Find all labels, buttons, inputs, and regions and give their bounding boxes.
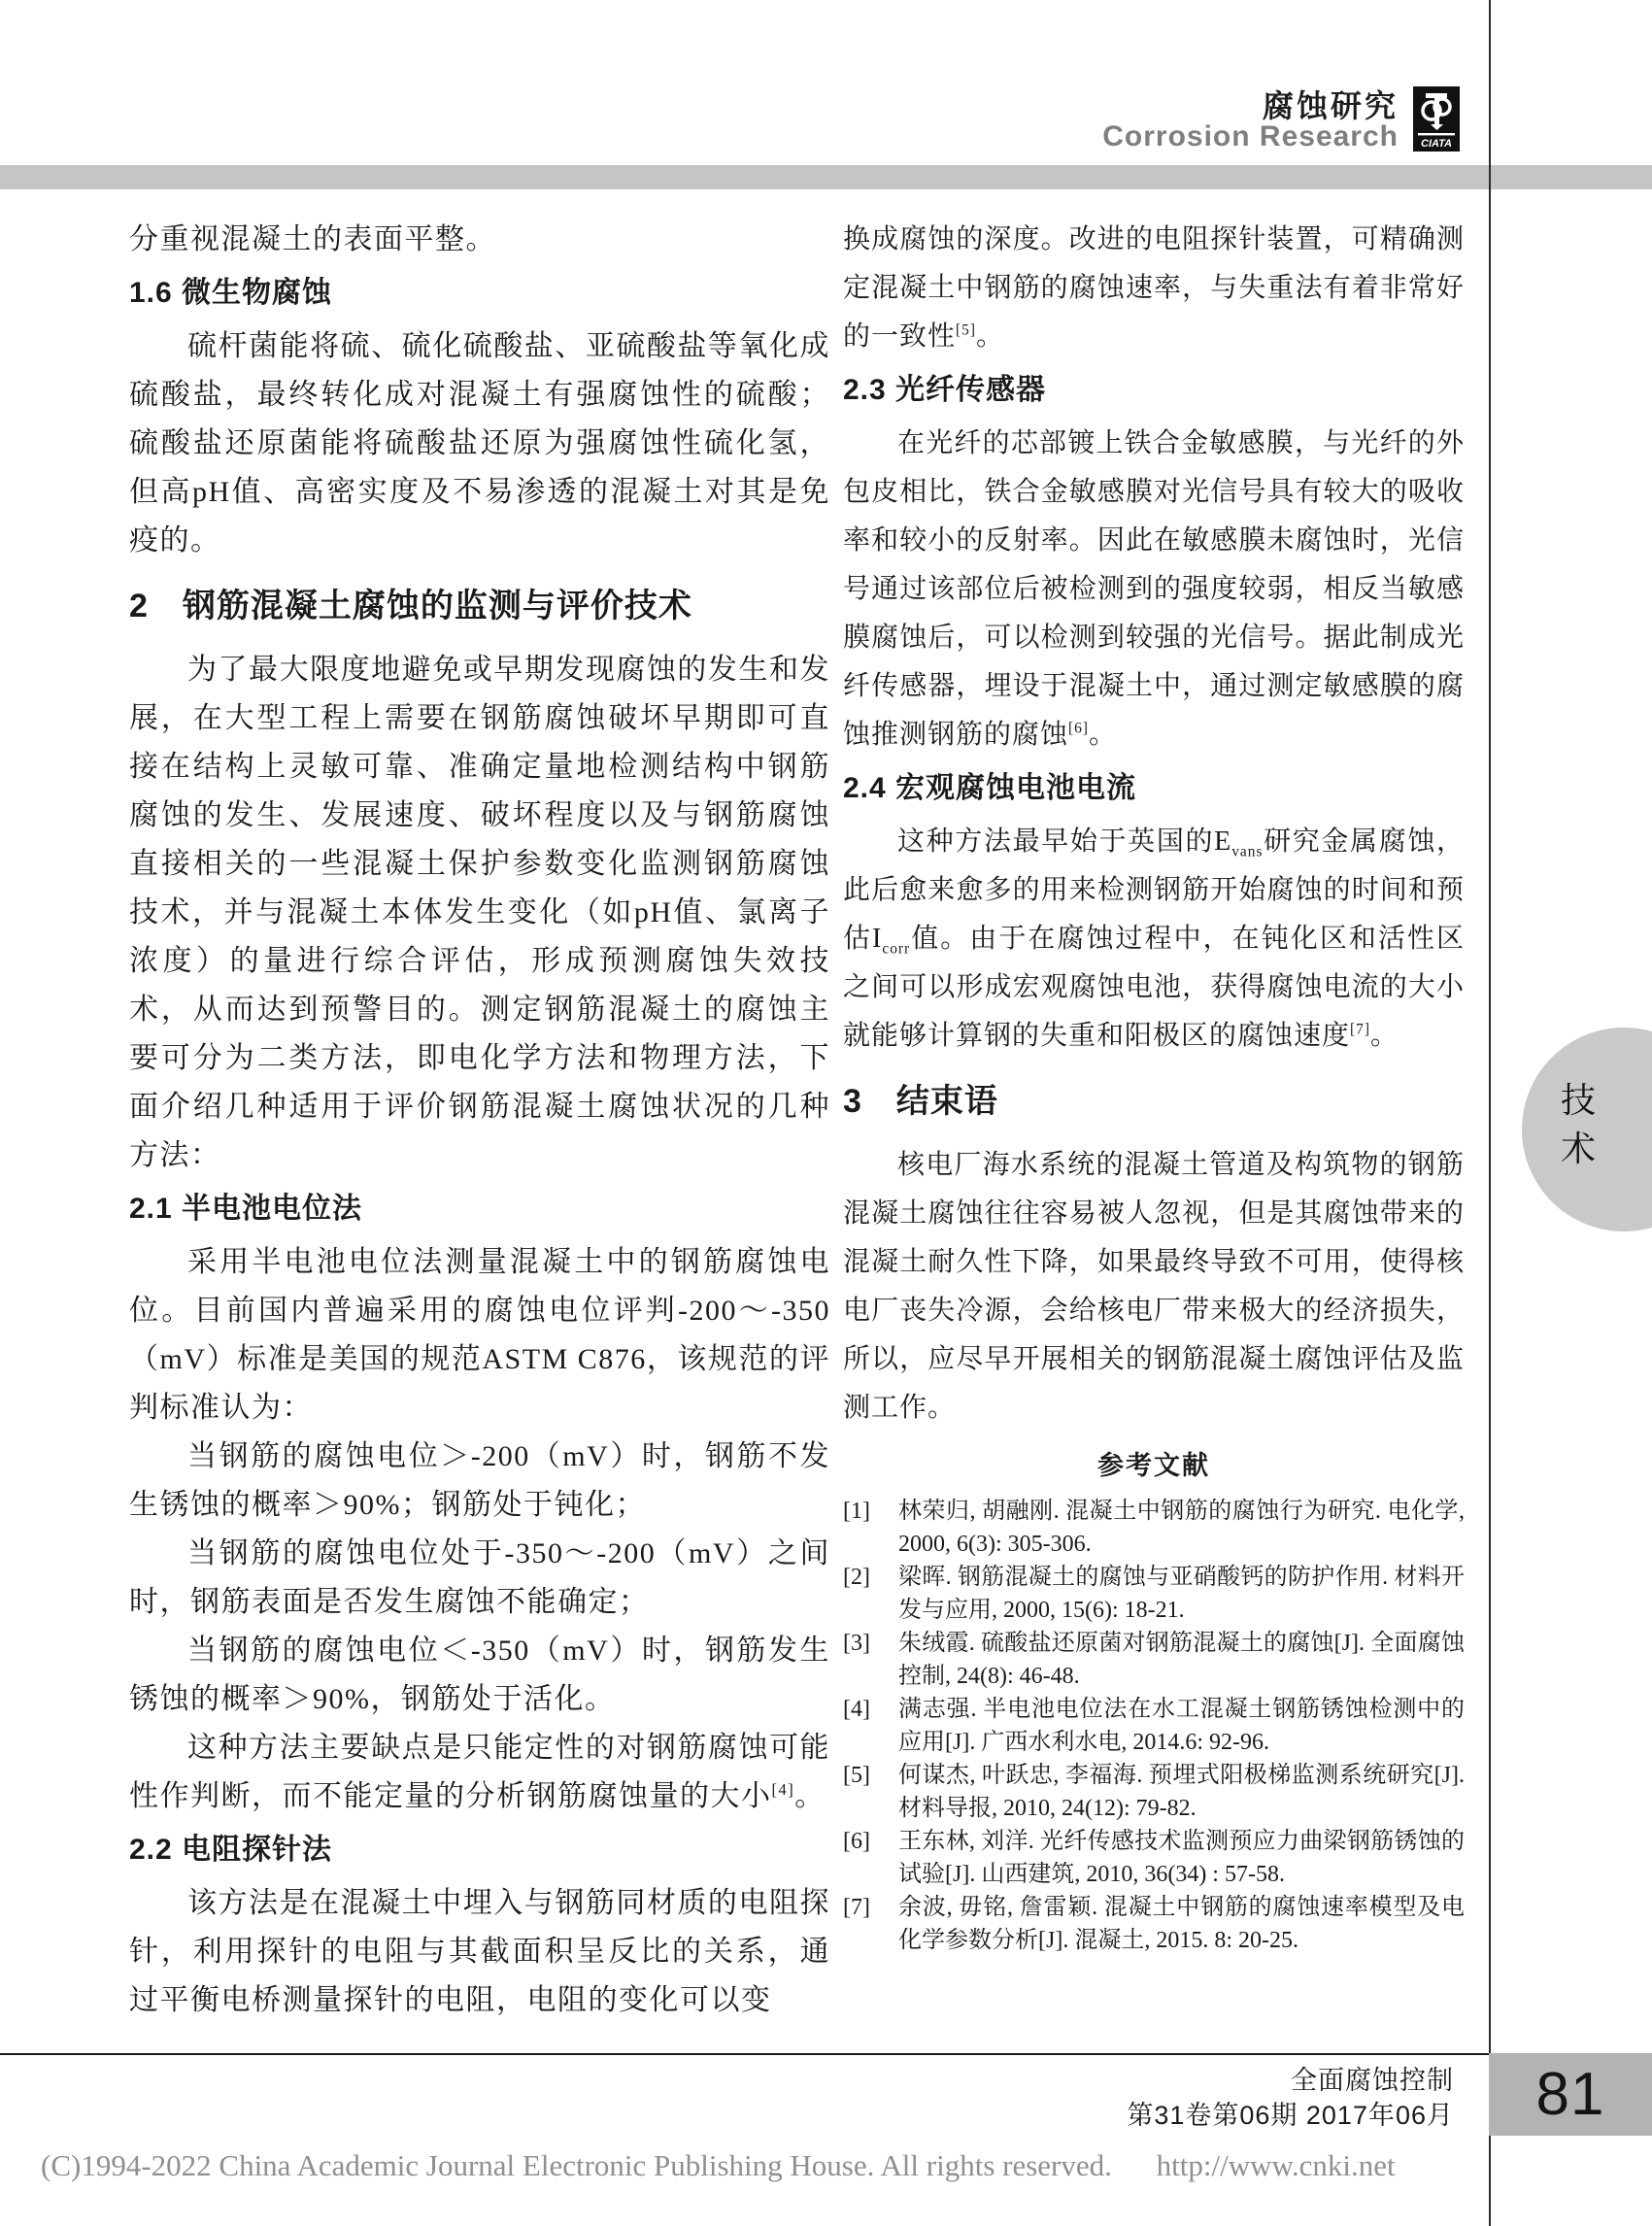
body-paragraph: 在光纤的芯部镀上铁合金敏感膜，与光纤的外包皮相比，铁合金敏感膜对光信号具有较大的… bbox=[843, 420, 1465, 759]
footer-journal-name: 全面腐蚀控制 bbox=[1127, 2063, 1454, 2098]
body-paragraph: 当钢筋的腐蚀电位＞-200（mV）时，钢筋不发生锈蚀的概率＞90%；钢筋处于钝化… bbox=[129, 1433, 830, 1530]
reference-number: [5] bbox=[843, 1759, 870, 1792]
footer-journal-info: 全面腐蚀控制 第31卷第06期 2017年06月 bbox=[1127, 2063, 1454, 2133]
body-paragraph: 采用半电池电位法测量混凝土中的钢筋腐蚀电位。目前国内普遍采用的腐蚀电位评判-20… bbox=[129, 1238, 830, 1433]
footer-rule bbox=[0, 2053, 1652, 2055]
text-run: 在光纤的芯部镀上铁合金敏感膜，与光纤的外包皮相比，铁合金敏感膜对光信号具有较大的… bbox=[843, 428, 1465, 750]
side-tab-circle: 技 术 bbox=[1522, 1028, 1652, 1231]
reference-item: [3]朱绒霞. 硫酸盐还原菌对钢筋混凝土的腐蚀[J]. 全面腐蚀控制, 24(8… bbox=[843, 1627, 1465, 1693]
reference-number: [4] bbox=[843, 1693, 870, 1726]
body-paragraph: 该方法是在混凝土中埋入与钢筋同材质的电阻探针，利用探针的电阻与其截面积呈反比的关… bbox=[129, 1879, 830, 2025]
cnki-url: http://www.cnki.net bbox=[1157, 2148, 1396, 2182]
journal-page: { "header": { "journal_cn": "腐蚀研究", "jou… bbox=[0, 0, 1652, 2226]
reference-number: [6] bbox=[843, 1825, 870, 1858]
reference-number: [7] bbox=[843, 1891, 870, 1924]
ciata-logo-text: CIATA bbox=[1421, 138, 1452, 150]
subsection-heading: 2.4 宏观腐蚀电池电流 bbox=[843, 764, 1465, 813]
body-paragraph: 当钢筋的腐蚀电位＜-350（mV）时，钢筋发生锈蚀的概率＞90%，钢筋处于活化。 bbox=[129, 1627, 830, 1724]
citation-superscript: [4] bbox=[772, 1780, 795, 1799]
body-paragraph: 硫杆菌能将硫、硫化硫酸盐、亚硫酸盐等氧化成硫酸盐，最终转化成对混凝土有强腐蚀性的… bbox=[129, 322, 830, 565]
reference-item: [6]王东林, 刘洋. 光纤传感技术监测预应力曲梁钢筋锈蚀的试验[J]. 山西建… bbox=[843, 1825, 1465, 1891]
references-title: 参考文献 bbox=[843, 1446, 1465, 1485]
body-paragraph: 换成腐蚀的深度。改进的电阻探针装置，可精确测定混凝土中钢筋的腐蚀速率，与失重法有… bbox=[843, 216, 1465, 361]
reference-text: 梁晖. 钢筋混凝土的腐蚀与亚硝酸钙的防护作用. 材料开发与应用, 2000, 1… bbox=[898, 1565, 1465, 1623]
subscript-text: vans bbox=[1231, 844, 1263, 860]
reference-text: 满志强. 半电池电位法在水工混凝土钢筋锈蚀检测中的应用[J]. 广西水利水电, … bbox=[898, 1697, 1465, 1755]
reference-text: 何谋杰, 叶跃忠, 李福海. 预埋式阳极梯监测系统研究[J]. 材料导报, 20… bbox=[898, 1763, 1465, 1821]
reference-item: [5]何谋杰, 叶跃忠, 李福海. 预埋式阳极梯监测系统研究[J]. 材料导报,… bbox=[843, 1759, 1465, 1825]
ciata-logo: CIATA bbox=[1413, 86, 1460, 152]
reference-text: 朱绒霞. 硫酸盐还原菌对钢筋混凝土的腐蚀[J]. 全面腐蚀控制, 24(8): … bbox=[898, 1631, 1465, 1689]
subscript-text: corr bbox=[882, 941, 910, 958]
reference-number: [2] bbox=[843, 1561, 870, 1594]
header-divider-bar bbox=[0, 165, 1652, 189]
copyright-text: (C)1994-2022 China Academic Journal Elec… bbox=[41, 2148, 1112, 2182]
body-paragraph: 核电厂海水系统的混凝土管道及构筑物的钢筋混凝土腐蚀往往容易被人忽视，但是其腐蚀带… bbox=[843, 1141, 1465, 1433]
footer-issue-info: 第31卷第06期 2017年06月 bbox=[1127, 2098, 1454, 2133]
text-run: 。 bbox=[1089, 720, 1117, 750]
left-column: 分重视混凝土的表面平整。1.6 微生物腐蚀硫杆菌能将硫、硫化硫酸盐、亚硫酸盐等氧… bbox=[129, 216, 830, 2025]
side-tab-label: 技 术 bbox=[1557, 1076, 1600, 1173]
reference-text: 王东林, 刘洋. 光纤传感技术监测预应力曲梁钢筋锈蚀的试验[J]. 山西建筑, … bbox=[898, 1829, 1465, 1887]
reference-number: [3] bbox=[843, 1627, 870, 1660]
subsection-heading: 2.1 半电池电位法 bbox=[129, 1185, 830, 1233]
subsection-heading: 1.6 微生物腐蚀 bbox=[129, 269, 830, 318]
reference-item: [1]林荣归, 胡融刚. 混凝土中钢筋的腐蚀行为研究. 电化学, 2000, 6… bbox=[843, 1495, 1465, 1561]
page-number: 81 bbox=[1536, 2060, 1605, 2129]
text-run: 。 bbox=[976, 321, 1004, 352]
text-run: 。 bbox=[1370, 1021, 1399, 1051]
body-paragraph: 分重视混凝土的表面平整。 bbox=[129, 216, 830, 264]
column-divider-line bbox=[1489, 0, 1491, 2226]
body-paragraph: 当钢筋的腐蚀电位处于-350～-200（mV）之间时，钢筋表面是否发生腐蚀不能确… bbox=[129, 1530, 830, 1627]
journal-title-en: Corrosion Research bbox=[1102, 120, 1399, 153]
subsection-heading: 2.3 光纤传感器 bbox=[843, 366, 1465, 415]
reference-number: [1] bbox=[843, 1495, 870, 1528]
reference-item: [2]梁晖. 钢筋混凝土的腐蚀与亚硝酸钙的防护作用. 材料开发与应用, 2000… bbox=[843, 1561, 1465, 1627]
page-number-box: 81 bbox=[1489, 2053, 1652, 2136]
reference-item: [4]满志强. 半电池电位法在水工混凝土钢筋锈蚀检测中的应用[J]. 广西水利水… bbox=[843, 1693, 1465, 1759]
reference-text: 林荣归, 胡融刚. 混凝土中钢筋的腐蚀行为研究. 电化学, 2000, 6(3)… bbox=[898, 1499, 1465, 1557]
ciata-logo-emblem: CIATA bbox=[1413, 86, 1460, 152]
copyright-notice: (C)1994-2022 China Academic Journal Elec… bbox=[41, 2148, 1396, 2183]
reference-item: [7]余波, 毋铭, 詹雷颖. 混凝土中钢筋的腐蚀速率模型及电化学参数分析[J]… bbox=[843, 1891, 1465, 1957]
section-heading: 3 结束语 bbox=[843, 1075, 1465, 1128]
reference-text: 余波, 毋铭, 詹雷颖. 混凝土中钢筋的腐蚀速率模型及电化学参数分析[J]. 混… bbox=[898, 1895, 1465, 1953]
body-paragraph: 为了最大限度地避免或早期发现腐蚀的发生和发展，在大型工程上需要在钢筋腐蚀破坏早期… bbox=[129, 646, 830, 1180]
subsection-heading: 2.2 电阻探针法 bbox=[129, 1826, 830, 1874]
body-paragraph: 这种方法最早始于英国的Evans研究金属腐蚀，此后愈来愈多的用来检测钢筋开始腐蚀… bbox=[843, 818, 1465, 1061]
citation-superscript: [7] bbox=[1350, 1022, 1370, 1038]
text-run: 换成腐蚀的深度。改进的电阻探针装置，可精确测定混凝土中钢筋的腐蚀速率，与失重法有… bbox=[843, 224, 1465, 352]
citation-superscript: [5] bbox=[956, 322, 976, 339]
right-column: 换成腐蚀的深度。改进的电阻探针装置，可精确测定混凝土中钢筋的腐蚀速率，与失重法有… bbox=[843, 216, 1465, 1957]
text-run: 这种方法最早始于英国的E bbox=[897, 826, 1231, 857]
citation-superscript: [6] bbox=[1068, 721, 1089, 737]
body-paragraph: 这种方法主要缺点是只能定性的对钢筋腐蚀可能性作判断，而不能定量的分析钢筋腐蚀量的… bbox=[129, 1724, 830, 1821]
section-heading: 2 钢筋混凝土腐蚀的监测与评价技术 bbox=[129, 580, 830, 632]
text-run: 这种方法主要缺点是只能定性的对钢筋腐蚀可能性作判断，而不能定量的分析钢筋腐蚀量的… bbox=[129, 1732, 830, 1812]
text-run: 。 bbox=[794, 1780, 826, 1812]
